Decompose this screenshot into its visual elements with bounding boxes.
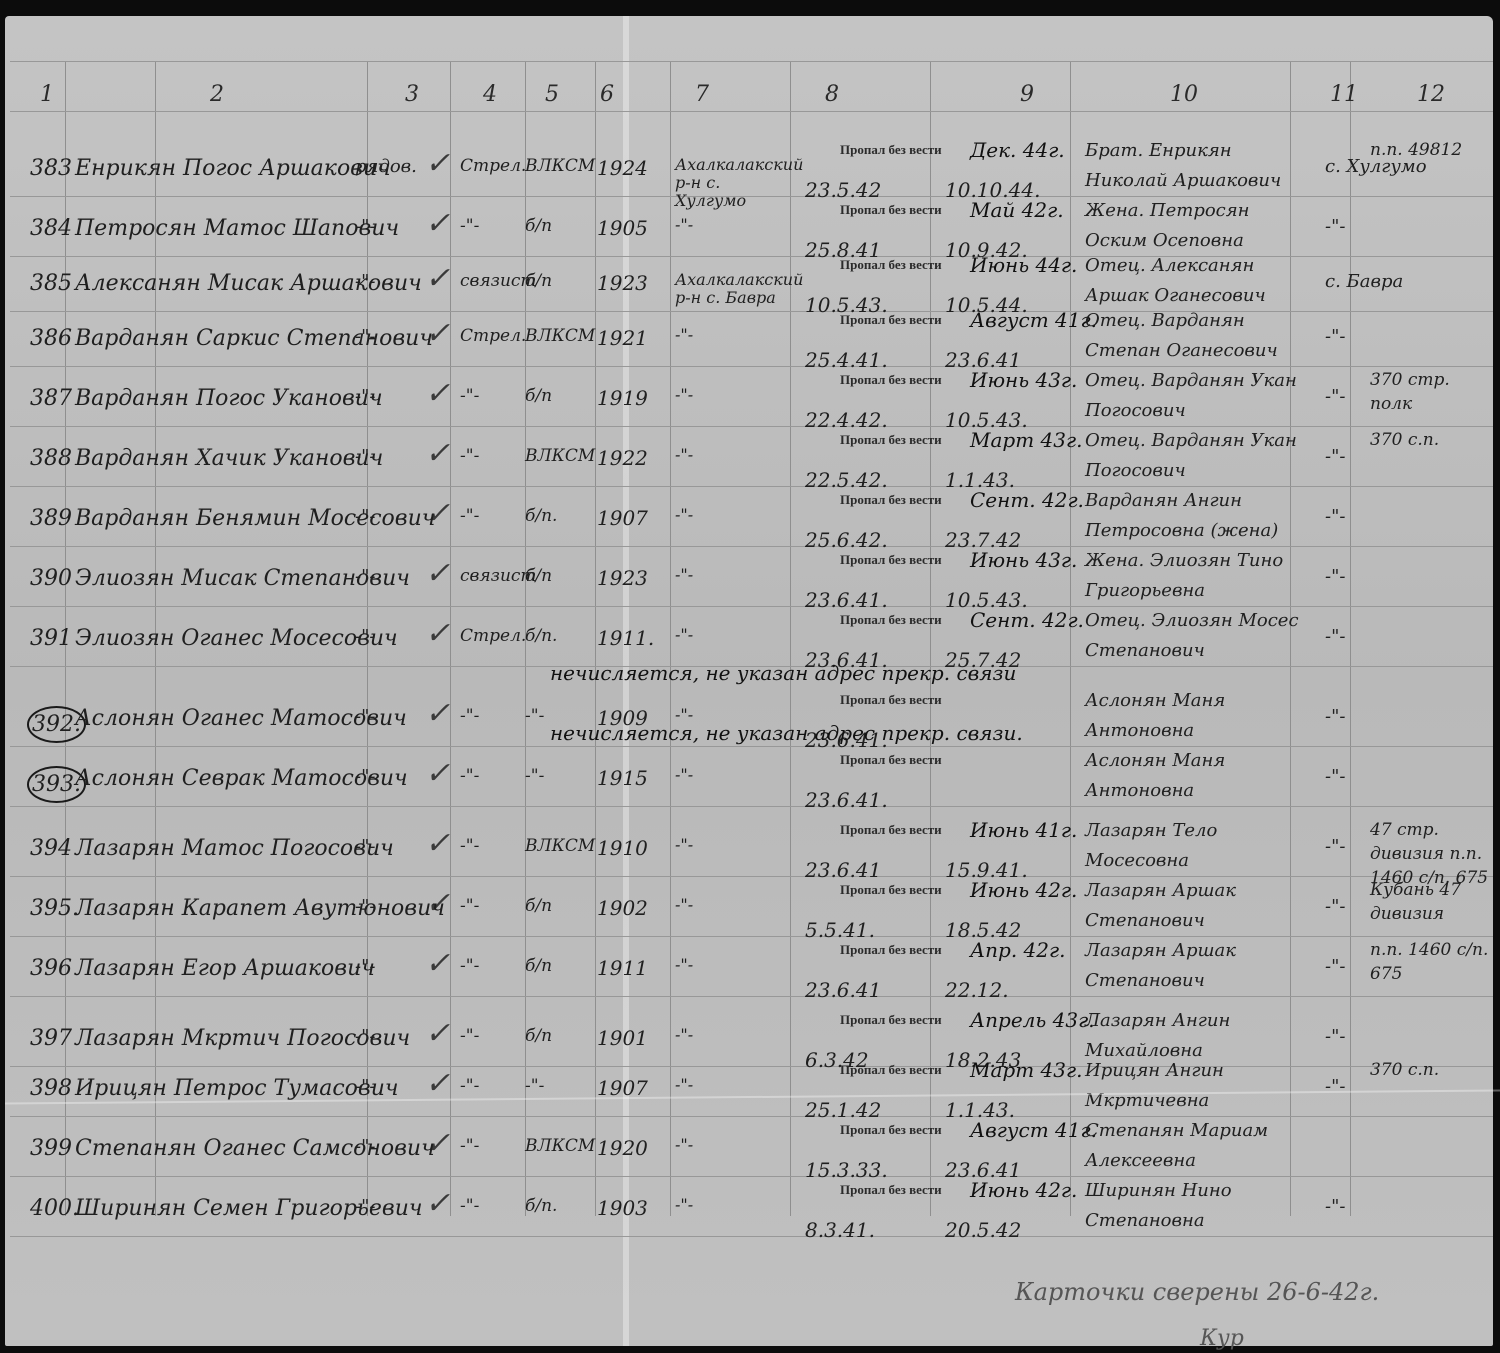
party-status: б/п. <box>525 1196 557 1216</box>
relative: Ирицян Ангин Мкртичевна <box>1085 1056 1305 1116</box>
birth-place: -"- <box>675 566 785 584</box>
col11-place: -"- <box>1325 956 1345 977</box>
relative: Ширинян Нино Степановна <box>1085 1176 1305 1236</box>
missing-stamp: Пропал без вести <box>840 312 942 328</box>
col9-note: Июнь 42г. <box>970 878 1077 902</box>
checkmark-icon: ✓ <box>425 616 450 651</box>
birth-year: 1901 <box>597 1026 648 1050</box>
row-number: 391 <box>30 626 72 651</box>
col11-place: -"- <box>1325 216 1345 237</box>
person-name: Варданян Саркис Степанович <box>75 326 433 351</box>
person-name: Варданян Хачик Уканович <box>75 446 383 471</box>
rank: -"- <box>355 896 375 917</box>
missing-stamp: Пропал без вести <box>840 492 942 508</box>
birth-year: 1910 <box>597 836 648 860</box>
party-status: ВЛКСМ <box>525 446 595 466</box>
checkmark-icon: ✓ <box>425 946 450 981</box>
person-name: Элиозян Оганес Мосесович <box>75 626 398 651</box>
col11-place: -"- <box>1325 766 1345 787</box>
rank: -"- <box>355 446 375 467</box>
col9-note: Июнь 42г. <box>970 1178 1077 1202</box>
birth-year: 1920 <box>597 1136 648 1160</box>
birth-year: 1911 <box>597 956 648 980</box>
column-header: 11 <box>1330 82 1358 107</box>
rank: -"- <box>355 1026 375 1047</box>
col12-unit: п.п. 49812 <box>1370 138 1490 162</box>
checkmark-icon: ✓ <box>425 436 450 471</box>
date-missing: 23.6.41 <box>805 978 881 1002</box>
party-status: б/п. <box>525 626 557 646</box>
col9-note: Май 42г. <box>970 198 1064 222</box>
birth-year: 1923 <box>597 566 648 590</box>
document-sheet: 123456789101112 ✓Пропал без вести383Енри… <box>5 16 1493 1346</box>
checkmark-icon: ✓ <box>425 696 450 731</box>
birth-year: 1921 <box>597 326 648 350</box>
missing-stamp: Пропал без вести <box>840 822 942 838</box>
specialty: Стрел. <box>460 326 526 346</box>
person-name: Варданян Бенямин Мосесович <box>75 506 435 531</box>
col12-unit: Кубань 47 дивизия <box>1370 878 1490 926</box>
column-header: 7 <box>695 82 709 107</box>
relative: Отец. Варданян Степан Оганесович <box>1085 306 1305 366</box>
relative: Лазарян Тело Мосесовна <box>1085 816 1305 876</box>
specialty: -"- <box>460 836 479 856</box>
column-header: 10 <box>1170 82 1198 107</box>
birth-place: -"- <box>675 836 785 854</box>
row-rule <box>10 61 1493 62</box>
relative: Жена. Петросян Оским Осеповна <box>1085 196 1305 256</box>
person-name: Степанян Оганес Самсонович <box>75 1136 435 1161</box>
specialty: -"- <box>460 386 479 406</box>
column-header: 9 <box>1020 82 1034 107</box>
col9-date: 22.12. <box>945 978 1009 1002</box>
rank: -"- <box>355 956 375 977</box>
footer-signature: Карточки сверены 26-6-42г. <box>1015 1278 1379 1306</box>
row-number: 384 <box>30 216 72 241</box>
birth-year: 1903 <box>597 1196 648 1220</box>
column-header: 4 <box>483 82 497 107</box>
row-number: 386 <box>30 326 72 351</box>
col9-note: Июнь 43г. <box>970 548 1077 572</box>
birth-place: Ахалкалакский р-н с. Бавра <box>675 271 785 307</box>
date-missing: 23.5.42 <box>805 178 881 202</box>
col9-date: 20.5.42 <box>945 1218 1021 1242</box>
party-status: б/п <box>525 271 552 291</box>
column-header: 1 <box>40 82 54 107</box>
col11-place: -"- <box>1325 566 1345 587</box>
specialty: -"- <box>460 1136 479 1156</box>
missing-stamp: Пропал без вести <box>840 257 942 273</box>
row-number: 388 <box>30 446 72 471</box>
person-name: Варданян Погос Уканович <box>75 386 383 411</box>
col11-place: -"- <box>1325 326 1345 347</box>
birth-year: 1907 <box>597 1076 648 1100</box>
row-number: 397 <box>30 1026 72 1051</box>
overwrite-note: нечисляется, не указан адрес прекр. связ… <box>550 661 1016 685</box>
col11-place: -"- <box>1325 896 1345 917</box>
relative: Жена. Элиозян Тино Григорьевна <box>1085 546 1305 606</box>
missing-stamp: Пропал без вести <box>840 432 942 448</box>
relative: Степанян Мариам Алексеевна <box>1085 1116 1305 1176</box>
rank: -"- <box>355 386 375 407</box>
missing-stamp: Пропал без вести <box>840 692 942 708</box>
birth-place: -"- <box>675 1026 785 1044</box>
footer-initials: Кур <box>1200 1326 1244 1351</box>
birth-place: Ахалкалакский р-н с. Хулгумо <box>675 156 785 210</box>
row-number: 398 <box>30 1076 72 1101</box>
date-missing: 5.5.41. <box>805 918 875 942</box>
relative: Лазарян Аршак Степанович <box>1085 936 1305 996</box>
birth-year: 1911. <box>597 626 654 650</box>
missing-stamp: Пропал без вести <box>840 942 942 958</box>
col9-note: Март 43г. <box>970 428 1082 452</box>
row-number: 400. <box>30 1196 79 1221</box>
missing-stamp: Пропал без вести <box>840 752 942 768</box>
date-missing: 25.4.41. <box>805 348 888 372</box>
party-status: -"- <box>525 766 544 786</box>
col11-place: -"- <box>1325 1196 1345 1217</box>
col11-place: -"- <box>1325 446 1345 467</box>
birth-year: 1923 <box>597 271 648 295</box>
rank: рядов. <box>355 156 417 177</box>
person-name: Петросян Матос Шапович <box>75 216 399 241</box>
birth-year: 1924 <box>597 156 648 180</box>
specialty: -"- <box>460 956 479 976</box>
rank: -"- <box>355 836 375 857</box>
party-status: б/п. <box>525 506 557 526</box>
relative: Отец. Элиозян Мосес Степанович <box>1085 606 1305 666</box>
relative: Лазарян Аршак Степанович <box>1085 876 1305 936</box>
birth-place: -"- <box>675 446 785 464</box>
date-missing: 23.6.41 <box>805 858 881 882</box>
party-status: ВЛКСМ <box>525 1136 595 1156</box>
col9-note: Сент. 42г. <box>970 488 1084 512</box>
date-missing: 23.6.41. <box>805 788 888 812</box>
column-header: 3 <box>405 82 419 107</box>
rank: -"- <box>355 566 375 587</box>
party-status: б/п <box>525 1026 552 1046</box>
col11-place: -"- <box>1325 626 1345 647</box>
birth-place: -"- <box>675 326 785 344</box>
row-number: 390 <box>30 566 72 591</box>
person-name: Лазарян Карапет Авутюнович <box>75 896 445 921</box>
party-status: ВЛКСМ <box>525 836 595 856</box>
rank: -"- <box>355 706 375 727</box>
date-missing: 22.5.42. <box>805 468 888 492</box>
missing-stamp: Пропал без вести <box>840 1122 942 1138</box>
col11-place: -"- <box>1325 836 1345 857</box>
rank: -"- <box>355 216 375 237</box>
row-number: 396 <box>30 956 72 981</box>
person-name: Лазарян Егор Аршакович <box>75 956 375 981</box>
missing-stamp: Пропал без вести <box>840 1012 942 1028</box>
specialty: -"- <box>460 446 479 466</box>
col11-place: -"- <box>1325 1026 1345 1047</box>
col11-place: -"- <box>1325 1076 1345 1097</box>
row-rule <box>10 111 1493 112</box>
rank: -"- <box>355 1196 375 1217</box>
birth-year: 1902 <box>597 896 648 920</box>
rank: -"- <box>355 326 375 347</box>
birth-place: -"- <box>675 956 785 974</box>
specialty: -"- <box>460 896 479 916</box>
rank: -"- <box>355 1136 375 1157</box>
specialty: -"- <box>460 216 479 236</box>
rank: -"- <box>355 271 375 292</box>
birth-place: -"- <box>675 1136 785 1154</box>
checkmark-icon: ✓ <box>425 376 450 411</box>
col11-place: с. Бавра <box>1325 271 1403 292</box>
birth-place: -"- <box>675 626 785 644</box>
date-missing: 25.6.42. <box>805 528 888 552</box>
checkmark-icon: ✓ <box>425 556 450 591</box>
column-header: 2 <box>210 82 224 107</box>
specialty: -"- <box>460 766 479 786</box>
relative: Брат. Енрикян Николай Аршакович <box>1085 136 1305 196</box>
person-name: Ирицян Петрос Тумасович <box>75 1076 399 1101</box>
missing-stamp: Пропал без вести <box>840 142 942 158</box>
date-missing: 8.3.41. <box>805 1218 875 1242</box>
col9-note: Дек. 44г. <box>970 138 1065 162</box>
birth-year: 1915 <box>597 766 648 790</box>
missing-stamp: Пропал без вести <box>840 372 942 388</box>
rank: -"- <box>355 766 375 787</box>
specialty: Стрел. <box>460 626 526 646</box>
party-status: -"- <box>525 1076 544 1096</box>
party-status: б/п <box>525 216 552 236</box>
specialty: -"- <box>460 1076 479 1096</box>
checkmark-icon: ✓ <box>425 146 450 181</box>
checkmark-icon: ✓ <box>425 1066 450 1101</box>
birth-year: 1919 <box>597 386 648 410</box>
party-status: -"- <box>525 706 544 726</box>
column-header: 6 <box>600 82 614 107</box>
missing-stamp: Пропал без вести <box>840 612 942 628</box>
table-row: ✓Пропал без вести400.Ширинян Семен Григо… <box>5 1196 1493 1256</box>
overwrite-note: нечисляется, не указан адрес прекр. связ… <box>550 721 1023 745</box>
party-status: б/п <box>525 386 552 406</box>
specialty: -"- <box>460 1026 479 1046</box>
checkmark-icon: ✓ <box>425 206 450 241</box>
relative: Аслонян Маня Антоновна <box>1085 686 1305 746</box>
col11-place: -"- <box>1325 706 1345 727</box>
date-missing: 22.4.42. <box>805 408 888 432</box>
row-number: 385 <box>30 271 72 296</box>
birth-place: -"- <box>675 1076 785 1094</box>
col9-note: Июнь 44г. <box>970 253 1077 277</box>
col9-note: Июнь 41г. <box>970 818 1077 842</box>
party-status: б/п <box>525 896 552 916</box>
row-number: 389 <box>30 506 72 531</box>
col11-place: -"- <box>1325 506 1345 527</box>
checkmark-icon: ✓ <box>425 1186 450 1221</box>
birth-place: -"- <box>675 1196 785 1214</box>
birth-place: -"- <box>675 386 785 404</box>
specialty: Стрел. <box>460 156 526 176</box>
specialty: -"- <box>460 706 479 726</box>
checkmark-icon: ✓ <box>425 261 450 296</box>
relative: Аслонян Маня Антоновна <box>1085 746 1305 806</box>
col9-note: Август 41г. <box>970 1118 1097 1142</box>
missing-stamp: Пропал без вести <box>840 202 942 218</box>
checkmark-icon: ✓ <box>425 756 450 791</box>
col9-note: Апр. 42г. <box>970 938 1065 962</box>
relative: Отец. Варданян Укан Погосович <box>1085 426 1305 486</box>
birth-place: -"- <box>675 216 785 234</box>
missing-stamp: Пропал без вести <box>840 882 942 898</box>
checkmark-icon: ✓ <box>425 826 450 861</box>
party-status: ВЛКСМ <box>525 156 595 176</box>
party-status: б/п <box>525 956 552 976</box>
col11-place: -"- <box>1325 386 1345 407</box>
birth-place: -"- <box>675 766 785 784</box>
person-name: Лазарян Матос Погосович <box>75 836 394 861</box>
rank: -"- <box>355 626 375 647</box>
relative: Отец. Варданян Укан Погосович <box>1085 366 1305 426</box>
row-number: 395. <box>30 896 79 921</box>
column-header: 8 <box>825 82 839 107</box>
relative: Варданян Ангин Петросовна (жена) <box>1085 486 1305 546</box>
specialty: -"- <box>460 1196 479 1216</box>
row-number: 383 <box>30 156 72 181</box>
col9-note: Июнь 43г. <box>970 368 1077 392</box>
birth-place: -"- <box>675 896 785 914</box>
birth-year: 1905 <box>597 216 648 240</box>
row-number: 399 <box>30 1136 72 1161</box>
missing-stamp: Пропал без вести <box>840 1062 942 1078</box>
birth-place: -"- <box>675 506 785 524</box>
missing-stamp: Пропал без вести <box>840 552 942 568</box>
col12-unit: 370 с.п. <box>1370 428 1490 452</box>
specialty: -"- <box>460 506 479 526</box>
missing-stamp: Пропал без вести <box>840 1182 942 1198</box>
date-missing: 15.3.33. <box>805 1158 888 1182</box>
col9-note: Апрель 43г. <box>970 1008 1095 1032</box>
birth-year: 1907 <box>597 506 648 530</box>
person-name: Енрикян Погос Аршакович <box>75 156 391 181</box>
col9-note: Сент. 42г. <box>970 608 1084 632</box>
column-header: 12 <box>1417 82 1445 107</box>
col12-unit: 370 с.п. <box>1370 1058 1490 1082</box>
party-status: б/п <box>525 566 552 586</box>
row-number: 394 <box>30 836 72 861</box>
birth-year: 1922 <box>597 446 648 470</box>
col9-note: Август 41г. <box>970 308 1097 332</box>
party-status: ВЛКСМ <box>525 326 595 346</box>
rank: -"- <box>355 506 375 527</box>
date-missing: 25.1.42 <box>805 1098 881 1122</box>
col9-note: Март 43г. <box>970 1058 1082 1082</box>
relative: Отец. Алексанян Аршак Оганесович <box>1085 251 1305 311</box>
col12-unit: 370 стр. полк <box>1370 368 1490 416</box>
column-header: 5 <box>545 82 559 107</box>
date-missing: 23.6.41. <box>805 588 888 612</box>
checkmark-icon: ✓ <box>425 1016 450 1051</box>
col12-unit: п.п. 1460 с/п. 675 <box>1370 938 1490 986</box>
row-number: 387 <box>30 386 72 411</box>
rank: -"- <box>355 1076 375 1097</box>
